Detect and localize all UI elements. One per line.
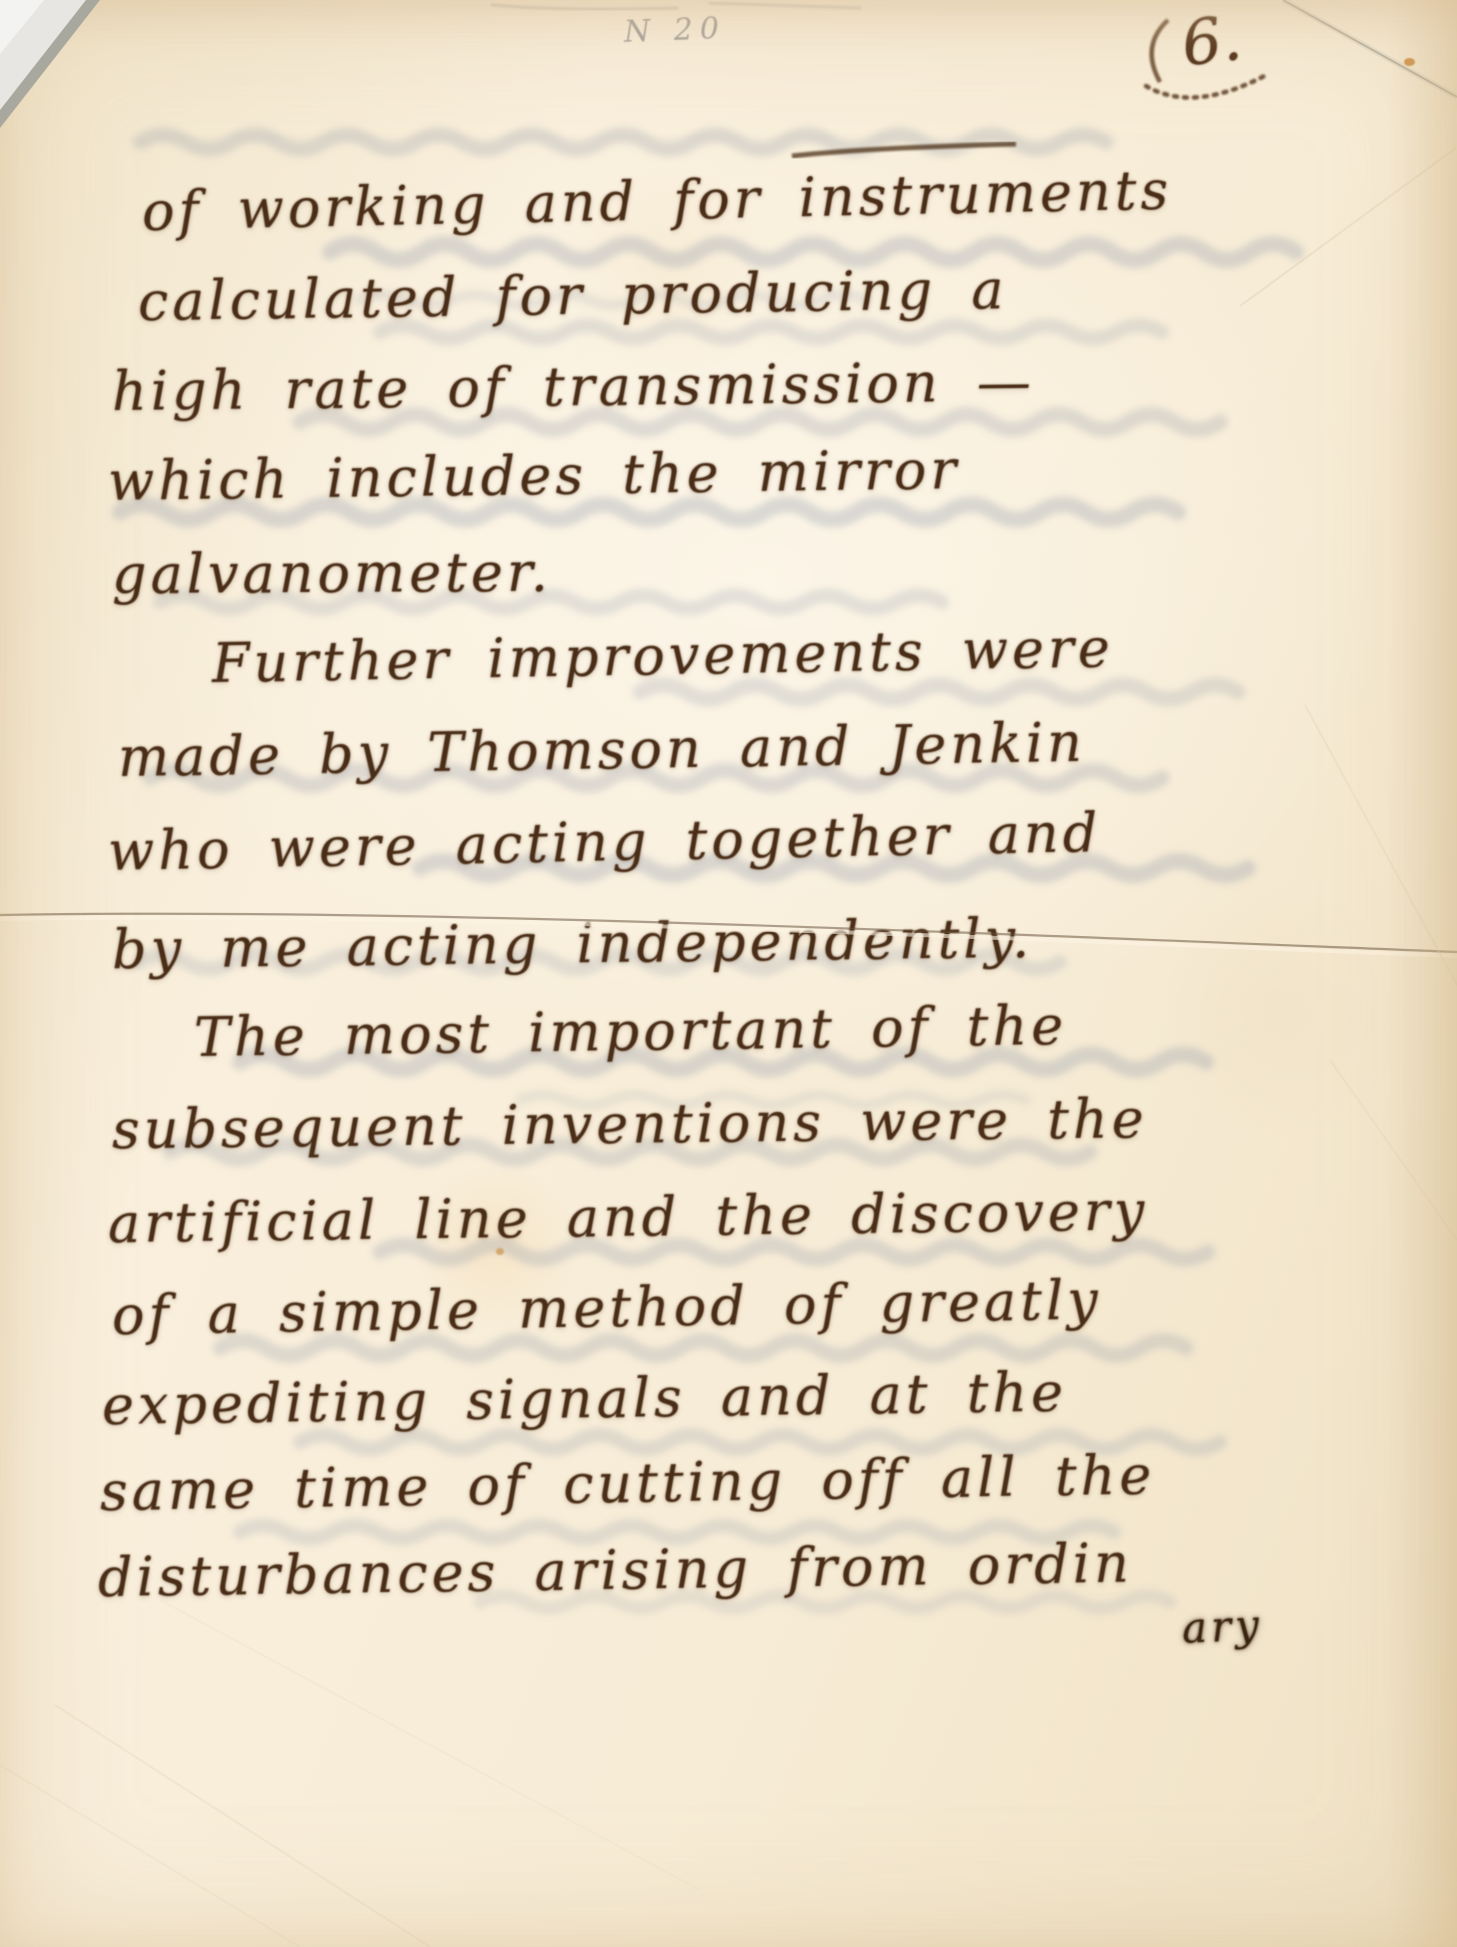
manuscript-line-3: high rate of transmission —: [112, 352, 1035, 421]
manuscript-line-4: which includes the mirror: [108, 440, 961, 511]
manuscript-page: of working and for instruments calculate…: [0, 0, 1457, 1947]
catchword-ary: ary: [1181, 1602, 1264, 1652]
manuscript-line-12: artificial line and the discovery: [108, 1181, 1149, 1253]
manuscript-line-5: galvanometer.: [112, 543, 552, 605]
manuscript-line-9: by me acting independently.: [112, 909, 1034, 980]
manuscript-line-16: disturbances arising from ordin: [98, 1534, 1134, 1608]
manuscript-line-10: The most important of the: [194, 996, 1068, 1068]
ink-speck: [1404, 58, 1415, 66]
manuscript-line-2: calculated for producing a: [138, 260, 1008, 332]
manuscript-line-11: subsequent inventions were the: [112, 1089, 1148, 1159]
edge-shading-right: [1387, 0, 1457, 1947]
manuscript-line-14: expediting signals and at the: [102, 1363, 1068, 1436]
ink-speck: [496, 1248, 504, 1255]
edge-shading-top: [0, 0, 1457, 48]
